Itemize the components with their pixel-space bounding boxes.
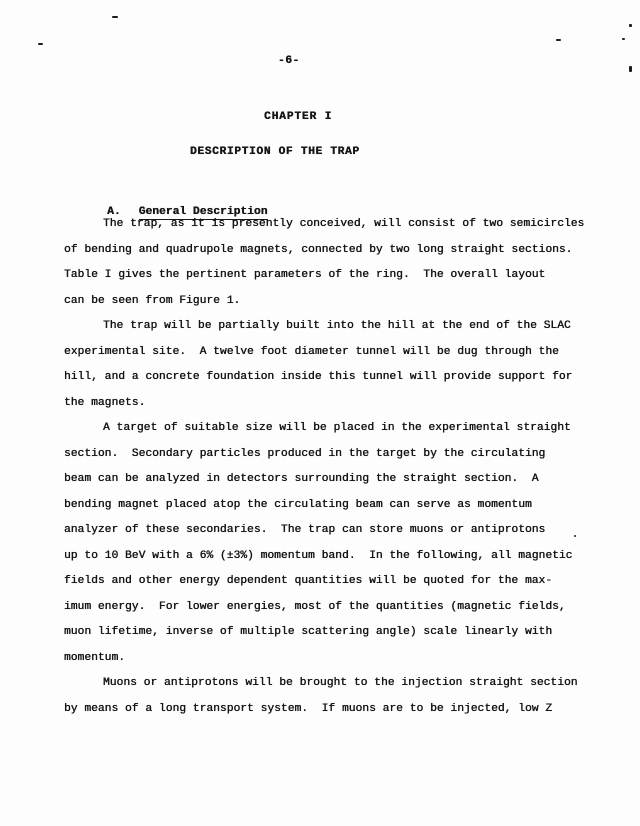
text-line: imum energy. For lower energies, most of…	[64, 595, 604, 621]
text-line: of bending and quadrupole magnets, conne…	[64, 238, 604, 264]
text-line: A target of suitable size will be placed…	[64, 416, 604, 442]
text-line: experimental site. A twelve foot diamete…	[64, 340, 604, 366]
text-line: The trap, as it is presently conceived, …	[64, 212, 604, 238]
text-line: the magnets.	[64, 391, 604, 417]
scan-artifact	[629, 24, 632, 27]
text-line: hill, and a concrete foundation inside t…	[64, 365, 604, 391]
chapter-heading: CHAPTER I	[264, 111, 332, 123]
text-line: muon lifetime, inverse of multiple scatt…	[64, 620, 604, 646]
chapter-title: DESCRIPTION OF THE TRAP	[190, 146, 360, 158]
text-line: The trap will be partially built into th…	[64, 314, 604, 340]
scan-artifact	[38, 43, 43, 45]
text-line: can be seen from Figure 1.	[64, 289, 604, 315]
text-line: momentum.	[64, 646, 604, 672]
text-line: analyzer of these secondaries. The trap …	[64, 518, 604, 544]
scan-artifact	[112, 16, 118, 18]
scan-artifact	[622, 38, 625, 40]
text-line: section. Secondary particles produced in…	[64, 442, 604, 468]
paragraph: The trap, as it is presently conceived, …	[64, 212, 604, 314]
text-line: up to 10 BeV with a 6% (±3%) momentum ba…	[64, 544, 604, 570]
paragraph: The trap will be partially built into th…	[64, 314, 604, 416]
page-number: -6-	[278, 55, 300, 67]
text-line: by means of a long transport system. If …	[64, 697, 604, 723]
text-line: Table I gives the pertinent parameters o…	[64, 263, 604, 289]
paragraph: A target of suitable size will be placed…	[64, 416, 604, 671]
text-line: fields and other energy dependent quanti…	[64, 569, 604, 595]
scanned-document-page: -6- CHAPTER I DESCRIPTION OF THE TRAP A.…	[0, 0, 640, 826]
scan-artifact	[574, 535, 576, 537]
text-line: bending magnet placed atop the circulati…	[64, 493, 604, 519]
scan-artifact	[556, 39, 561, 41]
text-line: Muons or antiprotons will be brought to …	[64, 671, 604, 697]
paragraph: Muons or antiprotons will be brought to …	[64, 671, 604, 722]
text-line: beam can be analyzed in detectors surrou…	[64, 467, 604, 493]
document-body: The trap, as it is presently conceived, …	[64, 212, 604, 722]
scan-artifact	[629, 66, 632, 72]
